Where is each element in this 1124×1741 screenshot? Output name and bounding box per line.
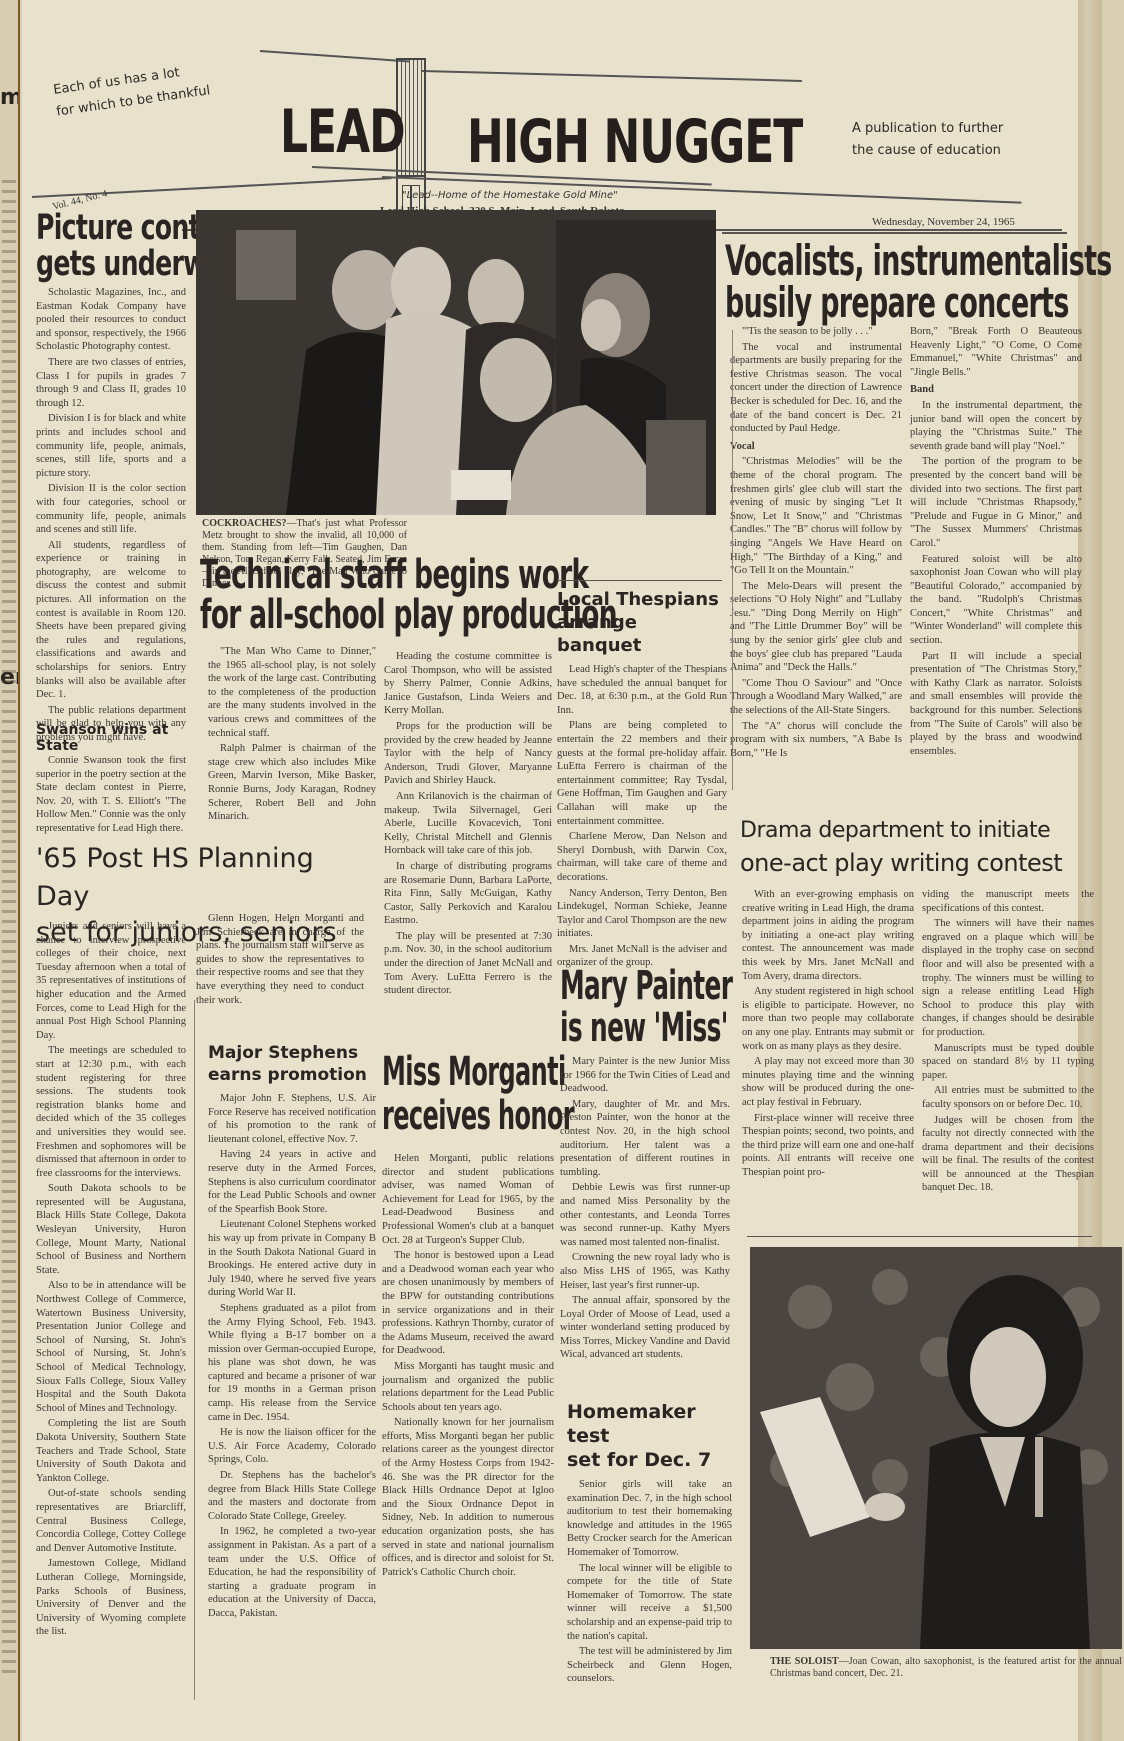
article-body: Senior girls will take an examination De…	[567, 1478, 732, 1686]
concerts-body-col2: Born," "Break Forth O Beauteous Heavenly…	[910, 325, 1082, 760]
article-body: Scholastic Magazines, Inc., and Eastman …	[36, 286, 186, 745]
masthead-rule	[260, 50, 410, 62]
article-body: Mary Painter is the new Junior Miss for …	[560, 1055, 730, 1362]
photo-soloist-icon	[750, 1247, 1122, 1649]
headline: Miss Morganti receives honor	[382, 1050, 554, 1138]
article-thespians: Local Thespians arrange banquet Lead Hig…	[557, 588, 727, 972]
flag-title-high-nugget: HIGH NUGGET	[467, 108, 802, 177]
verso-page-edge: me ent	[0, 0, 20, 1741]
column-rule	[732, 330, 733, 790]
concerts-body-col1: "'Tis the season to be jolly . . ." The …	[730, 325, 902, 762]
drama-contest-body-col1: With an ever-growing emphasis on creativ…	[742, 888, 914, 1181]
ear-right-line: the cause of education	[852, 140, 1003, 162]
section-divider	[557, 580, 722, 581]
article-body: Major John F. Stephens, U.S. Air Force R…	[208, 1092, 376, 1621]
headline: Major Stephens earns promotion	[208, 1042, 376, 1086]
headline: Homemaker test set for Dec. 7	[567, 1400, 732, 1472]
flag-title-lead: LEAD	[280, 98, 405, 167]
drama-contest-body-col2: viding the manuscript meets the specific…	[922, 888, 1094, 1197]
photo-students-icon	[196, 210, 716, 515]
headline: Local Thespians arrange banquet	[557, 588, 727, 657]
play-rehearsal-photo	[196, 210, 716, 515]
verso-fragment: me	[0, 85, 20, 110]
article-stephens: Major Stephens earns promotion Major Joh…	[208, 1042, 376, 1623]
section-divider	[747, 1236, 1092, 1237]
column-rule	[194, 1000, 195, 1700]
drama-contest-headline: Drama department to initiate one-act pla…	[740, 815, 1085, 879]
masthead-motto: "Lead--Home of the Homestake Gold Mine"	[402, 190, 618, 201]
ear-right: A publication to further the cause of ed…	[852, 118, 1003, 162]
subhead-band: Band	[910, 383, 1082, 397]
article-morganti: Miss Morganti receives honor Helen Morga…	[382, 1050, 554, 1581]
technical-staff-body-col2: Heading the costume committee is Carol T…	[384, 650, 552, 1000]
article-mary-painter: Mary Painter is new 'Miss' Mary Painter …	[560, 965, 730, 1364]
technical-staff-body-col1: "The Man Who Came to Dinner," the 1965 a…	[208, 645, 376, 826]
article-body: Connie Swanson took the first superior i…	[36, 754, 186, 836]
ear-right-line: A publication to further	[852, 118, 1003, 140]
subhead-vocal: Vocal	[730, 440, 902, 454]
article-homemaker: Homemaker test set for Dec. 7 Senior gir…	[567, 1400, 732, 1688]
section-divider	[722, 232, 1067, 234]
issue-date: Wednesday, November 24, 1965	[872, 216, 1015, 228]
planning-day-body-col2: Glenn Hogen, Helen Morganti and Jim Schi…	[196, 912, 364, 1009]
masthead-rule	[422, 70, 802, 82]
newspaper-page: Each of us has a lot for which to be tha…	[22, 0, 1102, 1741]
article-body: Lead High's chapter of the Thespians hav…	[557, 663, 727, 970]
headline: Swanson wins at State	[36, 722, 186, 754]
planning-day-body-col1: Juniors and seniors will have a chance t…	[36, 920, 186, 1641]
article-swanson: Swanson wins at State Connie Swanson too…	[36, 722, 186, 838]
headline: Mary Painter is new 'Miss'	[560, 965, 730, 1049]
concerts-headline: Vocalists, instrumentalists busily prepa…	[725, 240, 1070, 324]
soloist-photo	[750, 1247, 1122, 1649]
ear-left: Each of us has a lot for which to be tha…	[52, 58, 212, 123]
headline: Picture contest gets underway	[36, 210, 186, 282]
photo-caption: THE SOLOIST—Joan Cowan, alto saxophonist…	[770, 1656, 1122, 1680]
article-picture-contest: Picture contest gets underway Scholastic…	[36, 210, 186, 747]
verso-text-lines	[2, 180, 16, 1680]
article-body: Helen Morganti, public relations directo…	[382, 1152, 554, 1579]
technical-staff-headline: Technical staff begins work for all-scho…	[200, 555, 540, 635]
